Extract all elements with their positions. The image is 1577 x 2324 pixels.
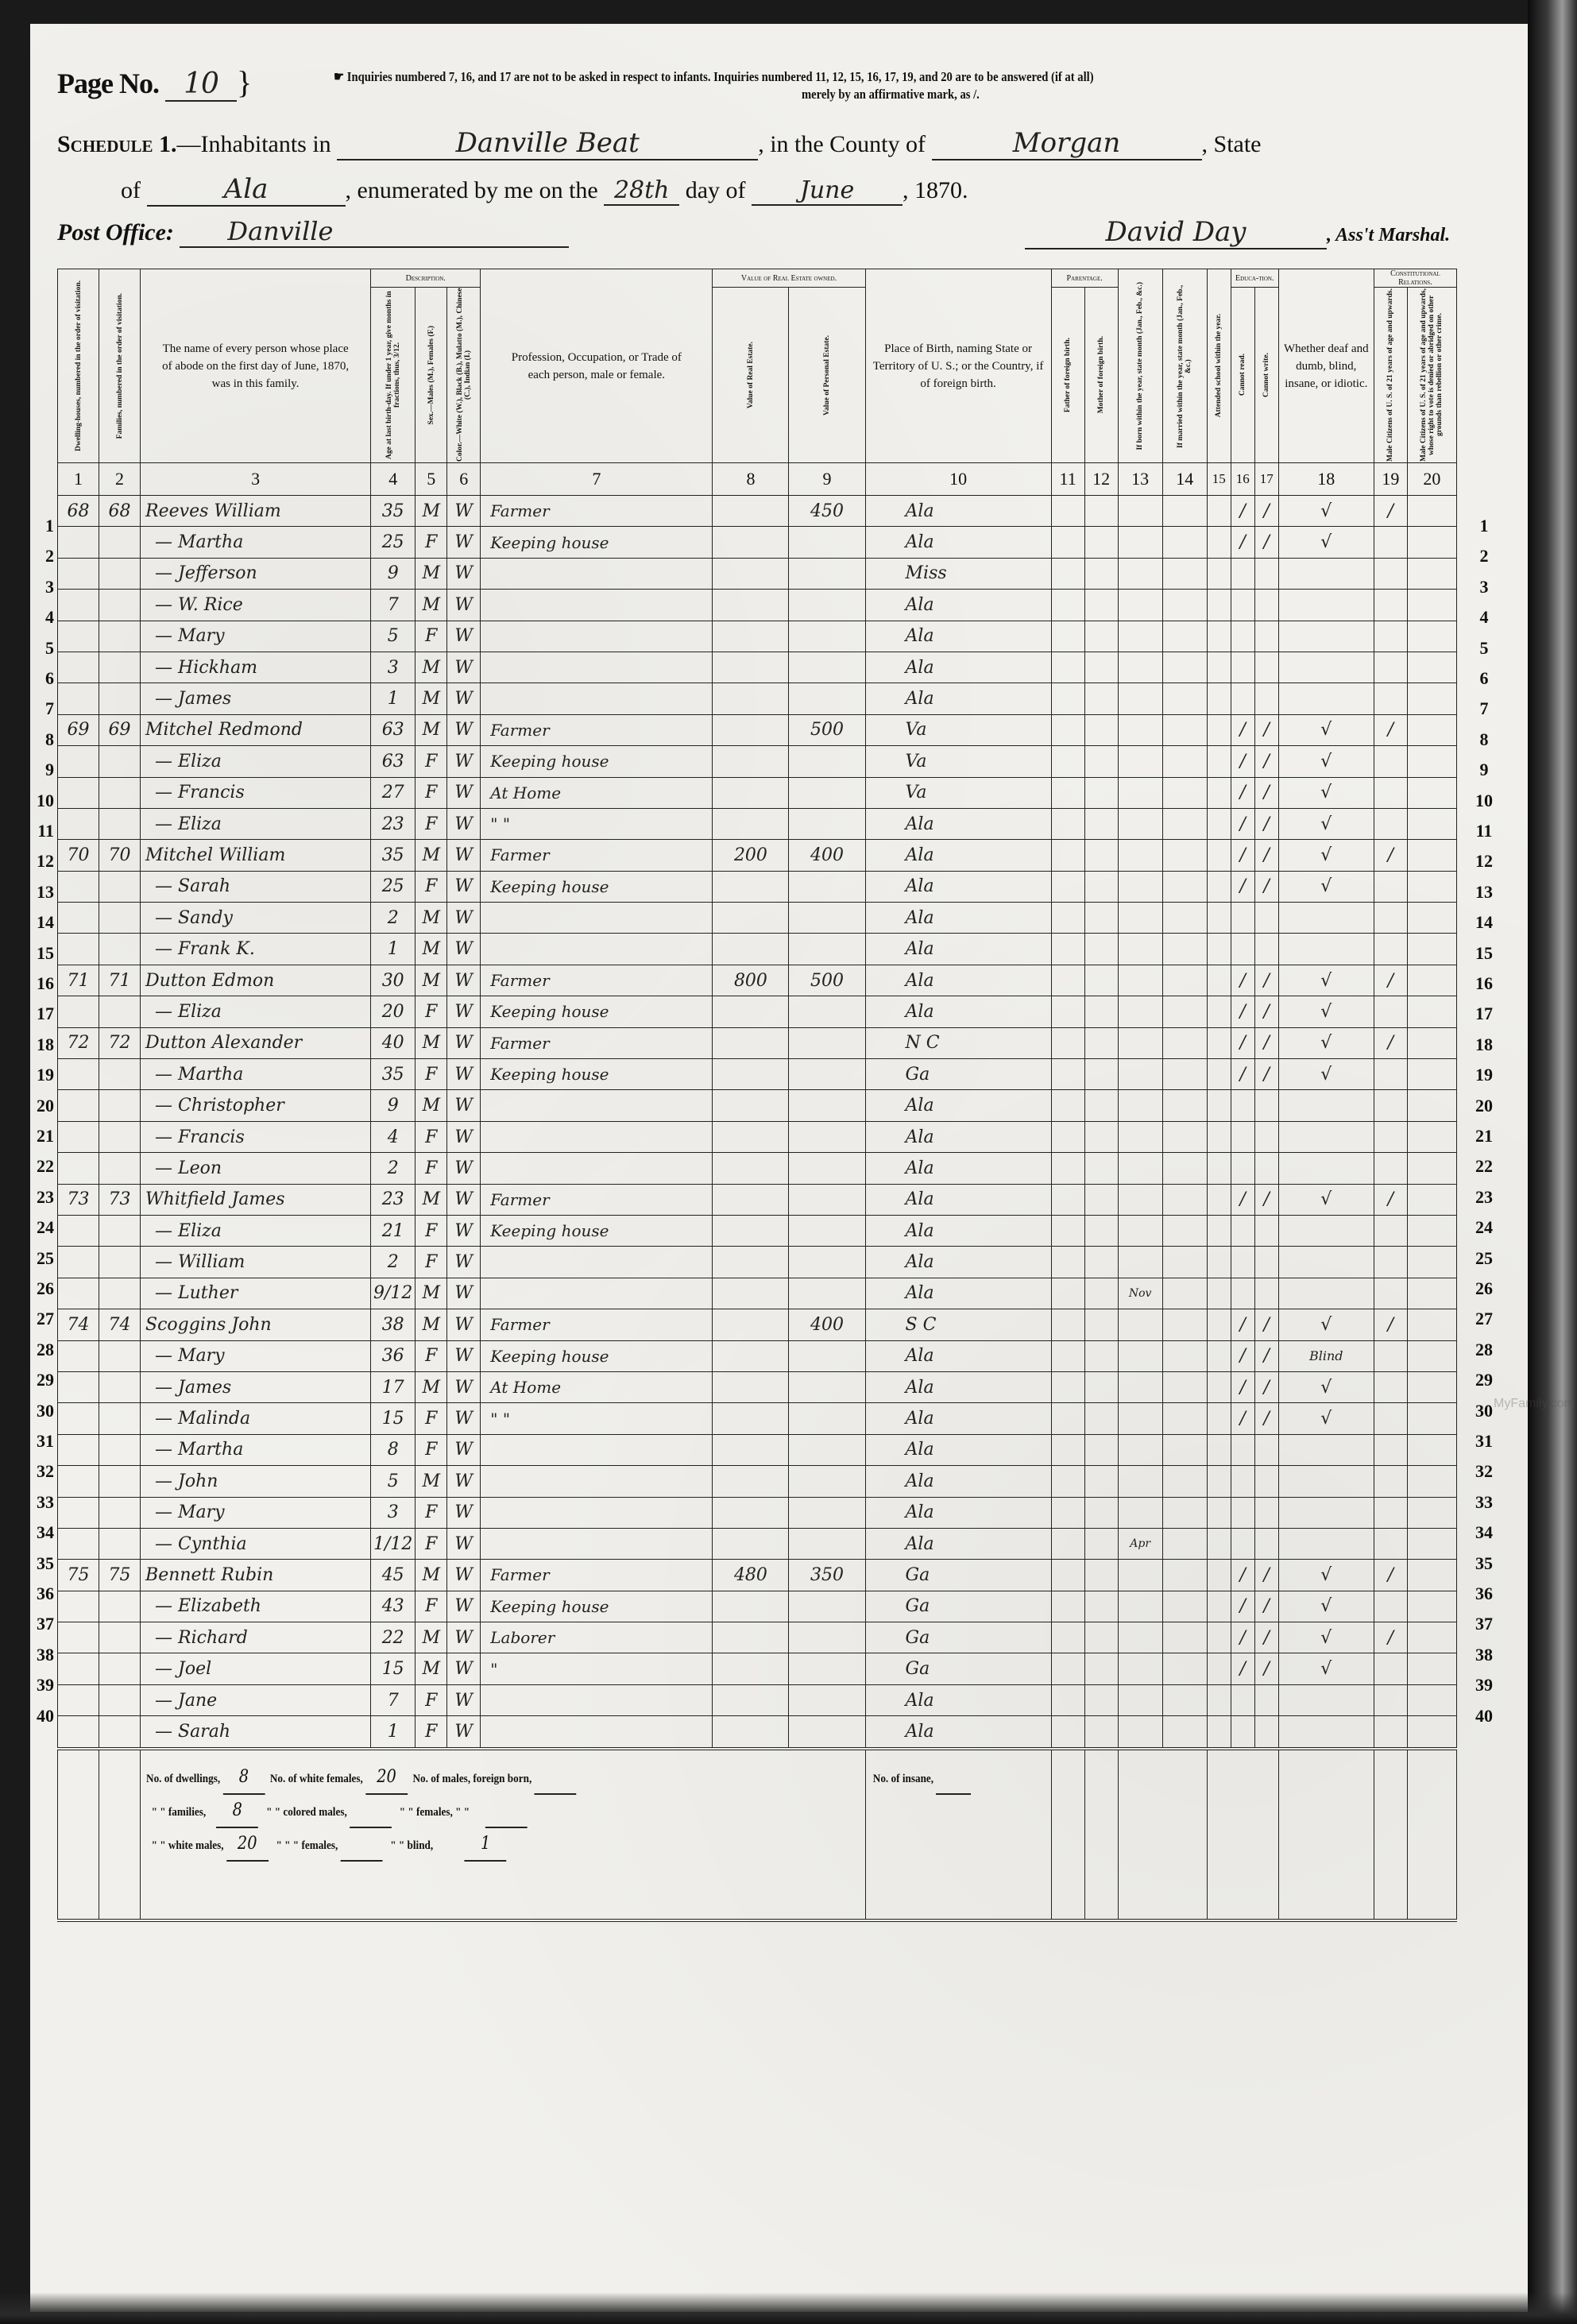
personal-estate-value-cell: 500 xyxy=(789,965,865,996)
occupation-cell xyxy=(481,558,713,589)
occupation-cell xyxy=(481,1153,713,1184)
vote-denied-cell xyxy=(1407,1528,1456,1559)
age-cell: 40 xyxy=(371,1027,416,1058)
vote-denied-cell xyxy=(1407,1403,1456,1434)
col-header-cannot-read: Cannot read. xyxy=(1231,288,1254,463)
married-month-cell xyxy=(1162,1027,1207,1058)
mother-foreign-cell xyxy=(1084,1184,1118,1215)
cannot-write-cell xyxy=(1254,1497,1278,1528)
mother-foreign-cell xyxy=(1084,1434,1118,1465)
color-cell: W xyxy=(447,683,481,714)
condition-cell: √ xyxy=(1278,840,1374,871)
male-citizen-cell xyxy=(1374,746,1407,777)
vote-denied-cell xyxy=(1407,1497,1456,1528)
cannot-write-cell xyxy=(1254,1684,1278,1715)
cannot-read-cell xyxy=(1231,1247,1254,1278)
line-number-right: 14 xyxy=(1468,912,1500,933)
cannot-write-cell: / xyxy=(1254,808,1278,839)
married-month-cell xyxy=(1162,1121,1207,1152)
male-citizen-cell xyxy=(1374,1340,1407,1371)
line-number-left: 4 xyxy=(33,607,54,628)
birthplace-cell: Ala xyxy=(865,871,1051,902)
male-citizen-cell xyxy=(1374,558,1407,589)
table-row: — Sarah25FWKeeping houseAla//√ xyxy=(58,871,1457,902)
cannot-read-cell xyxy=(1231,1121,1254,1152)
color-cell: W xyxy=(447,1153,481,1184)
born-month-cell xyxy=(1118,965,1162,996)
occupation-cell xyxy=(481,1528,713,1559)
personal-estate-value-cell xyxy=(789,1716,865,1749)
male-citizen-cell xyxy=(1374,683,1407,714)
male-citizen-cell: / xyxy=(1374,965,1407,996)
married-month-cell xyxy=(1162,714,1207,745)
line-number-right: 34 xyxy=(1468,1522,1500,1543)
vote-denied-cell xyxy=(1407,996,1456,1027)
personal-estate-value-cell xyxy=(789,1371,865,1402)
mother-foreign-cell xyxy=(1084,1153,1118,1184)
person-name-cell: Scoggins John xyxy=(141,1309,371,1340)
line-number-left: 18 xyxy=(33,1034,54,1055)
condition-cell xyxy=(1278,1121,1374,1152)
real-estate-value-cell xyxy=(713,1653,789,1684)
cannot-write-cell: / xyxy=(1254,871,1278,902)
condition-cell xyxy=(1278,1466,1374,1497)
table-row: — Elizabeth43FWKeeping houseGa//√ xyxy=(58,1591,1457,1622)
occupation-cell xyxy=(481,1716,713,1749)
married-month-cell xyxy=(1162,652,1207,683)
cannot-read-cell xyxy=(1231,1090,1254,1121)
family-number-cell: 75 xyxy=(99,1560,141,1591)
born-month-cell xyxy=(1118,996,1162,1027)
mother-foreign-cell xyxy=(1084,1090,1118,1121)
col-header-vote-denied: Male Citizens of U. S. of 21 years of ag… xyxy=(1407,288,1456,463)
dwelling-number-cell xyxy=(58,1591,99,1622)
col-header-school: Attended school within the year. xyxy=(1207,269,1231,463)
table-row: — Jefferson9MWMiss xyxy=(58,558,1457,589)
personal-estate-value-cell: 500 xyxy=(789,714,865,745)
mother-foreign-cell xyxy=(1084,652,1118,683)
attended-school-cell xyxy=(1207,1090,1231,1121)
birthplace-cell: Va xyxy=(865,746,1051,777)
condition-cell: √ xyxy=(1278,1591,1374,1622)
male-citizen-cell xyxy=(1374,1403,1407,1434)
age-cell: 23 xyxy=(371,1184,416,1215)
male-citizen-cell xyxy=(1374,903,1407,934)
person-name-cell: — Frank K. xyxy=(141,934,371,965)
summary-insane-cell: No. of insane, xyxy=(865,1749,1051,1920)
age-cell: 1/12 xyxy=(371,1528,416,1559)
cannot-read-cell xyxy=(1231,1684,1254,1715)
father-foreign-cell xyxy=(1051,1497,1084,1528)
post-office-label: Post Office: xyxy=(57,219,174,246)
male-citizen-cell xyxy=(1374,590,1407,621)
born-month-cell xyxy=(1118,777,1162,808)
male-citizen-cell xyxy=(1374,1466,1407,1497)
line-number-right: 11 xyxy=(1468,821,1500,841)
vote-denied-cell xyxy=(1407,808,1456,839)
condition-cell: √ xyxy=(1278,1403,1374,1434)
dwelling-number-cell xyxy=(58,1403,99,1434)
real-estate-value-cell xyxy=(713,1121,789,1152)
family-number-cell xyxy=(99,1403,141,1434)
sex-cell: M xyxy=(416,965,447,996)
condition-cell: √ xyxy=(1278,496,1374,527)
color-cell: W xyxy=(447,1059,481,1090)
cannot-write-cell: / xyxy=(1254,1622,1278,1653)
occupation-cell: Keeping house xyxy=(481,871,713,902)
cannot-write-cell xyxy=(1254,1466,1278,1497)
male-citizen-cell: / xyxy=(1374,1027,1407,1058)
married-month-cell xyxy=(1162,1497,1207,1528)
age-cell: 3 xyxy=(371,1497,416,1528)
family-number-cell xyxy=(99,590,141,621)
attended-school-cell xyxy=(1207,590,1231,621)
age-cell: 25 xyxy=(371,527,416,558)
occupation-cell xyxy=(481,1466,713,1497)
family-number-cell xyxy=(99,527,141,558)
age-cell: 1 xyxy=(371,683,416,714)
county-label: , in the County of xyxy=(758,131,926,157)
condition-cell xyxy=(1278,934,1374,965)
birthplace-cell: Va xyxy=(865,777,1051,808)
mother-foreign-cell xyxy=(1084,558,1118,589)
condition-cell: √ xyxy=(1278,1027,1374,1058)
male-citizen-cell xyxy=(1374,1121,1407,1152)
line-number-left: 30 xyxy=(33,1401,54,1421)
attended-school-cell xyxy=(1207,1153,1231,1184)
col-group-description: Description. xyxy=(371,269,481,288)
males-foreign-count xyxy=(535,1761,577,1795)
cannot-read-cell: / xyxy=(1231,1653,1254,1684)
age-cell: 9/12 xyxy=(371,1278,416,1309)
mother-foreign-cell xyxy=(1084,1528,1118,1559)
col-number: 5 xyxy=(416,463,447,496)
cannot-read-cell: / xyxy=(1231,1059,1254,1090)
col-header-male-citizen: Male Citizens of U. S. of 21 years of ag… xyxy=(1374,288,1407,463)
dwelling-number-cell xyxy=(58,1371,99,1402)
father-foreign-cell xyxy=(1051,1184,1084,1215)
birthplace-cell: Ala xyxy=(865,683,1051,714)
occupation-cell: Keeping house xyxy=(481,746,713,777)
family-number-cell: 73 xyxy=(99,1184,141,1215)
personal-estate-value-cell xyxy=(789,1027,865,1058)
vote-denied-cell xyxy=(1407,965,1456,996)
real-estate-value-cell xyxy=(713,652,789,683)
personal-estate-value-cell xyxy=(789,621,865,652)
personal-estate-value-cell xyxy=(789,808,865,839)
person-name-cell: — Christopher xyxy=(141,1090,371,1121)
notice-line-1: ☛ Inquiries numbered 7, 16, and 17 are n… xyxy=(334,69,1094,84)
birthplace-cell: Ala xyxy=(865,903,1051,934)
condition-cell xyxy=(1278,621,1374,652)
dwelling-number-cell xyxy=(58,1684,99,1715)
line-number-left: 31 xyxy=(33,1431,54,1452)
cannot-write-cell: / xyxy=(1254,1340,1278,1371)
father-foreign-cell xyxy=(1051,683,1084,714)
inhabitants-label: —Inhabitants in xyxy=(177,131,331,157)
male-citizen-cell xyxy=(1374,1153,1407,1184)
dwelling-number-cell xyxy=(58,683,99,714)
male-citizen-cell xyxy=(1374,1278,1407,1309)
born-month-cell xyxy=(1118,840,1162,871)
attended-school-cell xyxy=(1207,1466,1231,1497)
mother-foreign-cell xyxy=(1084,840,1118,871)
real-estate-value-cell xyxy=(713,590,789,621)
cannot-read-cell xyxy=(1231,1153,1254,1184)
real-estate-value-cell xyxy=(713,1059,789,1090)
male-citizen-cell xyxy=(1374,808,1407,839)
sex-cell: M xyxy=(416,1622,447,1653)
family-number-cell xyxy=(99,1215,141,1246)
col-header-cannot-write: Cannot write. xyxy=(1254,288,1278,463)
real-estate-value-cell xyxy=(713,808,789,839)
color-cell: W xyxy=(447,1121,481,1152)
condition-cell xyxy=(1278,1497,1374,1528)
schedule-line: Schedule 1.—Inhabitants in Danville Beat… xyxy=(57,127,1471,160)
line-number-left: 13 xyxy=(33,882,54,903)
col-number: 1 xyxy=(58,463,99,496)
father-foreign-cell xyxy=(1051,1059,1084,1090)
age-cell: 5 xyxy=(371,621,416,652)
line-number-left: 36 xyxy=(33,1583,54,1604)
col-number: 9 xyxy=(789,463,865,496)
father-foreign-cell xyxy=(1051,652,1084,683)
married-month-cell xyxy=(1162,746,1207,777)
dwellings-label: No. of dwellings, xyxy=(146,1773,220,1785)
color-cell: W xyxy=(447,527,481,558)
condition-cell: √ xyxy=(1278,871,1374,902)
occupation-cell xyxy=(481,621,713,652)
cannot-write-cell xyxy=(1254,1434,1278,1465)
families-count: 8 xyxy=(216,1795,258,1828)
col-header-family: Families, numbered in the order of visit… xyxy=(99,269,141,463)
cannot-write-cell xyxy=(1254,934,1278,965)
col-header-name: The name of every person whose place of … xyxy=(141,269,371,463)
state-name: Ala xyxy=(147,173,346,207)
schedule-label: Schedule 1. xyxy=(57,131,177,157)
father-foreign-cell xyxy=(1051,808,1084,839)
page-label: Page No. xyxy=(57,68,159,99)
attended-school-cell xyxy=(1207,1403,1231,1434)
page-number: 10 xyxy=(165,68,237,102)
attended-school-cell xyxy=(1207,1560,1231,1591)
dwelling-number-cell xyxy=(58,1121,99,1152)
married-month-cell xyxy=(1162,840,1207,871)
age-cell: 2 xyxy=(371,903,416,934)
birthplace-cell: S C xyxy=(865,1309,1051,1340)
attended-school-cell xyxy=(1207,1653,1231,1684)
condition-cell: √ xyxy=(1278,965,1374,996)
born-month-cell xyxy=(1118,871,1162,902)
cannot-write-cell: / xyxy=(1254,1371,1278,1402)
person-name-cell: — Eliza xyxy=(141,1215,371,1246)
personal-estate-value-cell xyxy=(789,1653,865,1684)
vote-denied-cell xyxy=(1407,1591,1456,1622)
cannot-write-cell: / xyxy=(1254,1309,1278,1340)
cannot-read-cell: / xyxy=(1231,1403,1254,1434)
condition-cell: Blind xyxy=(1278,1340,1374,1371)
mother-foreign-cell xyxy=(1084,590,1118,621)
person-name-cell: — Francis xyxy=(141,777,371,808)
col-number: 11 xyxy=(1051,463,1084,496)
mother-foreign-cell xyxy=(1084,1497,1118,1528)
family-number-cell: 69 xyxy=(99,714,141,745)
cannot-read-cell: / xyxy=(1231,1027,1254,1058)
table-row: — W. Rice7MWAla xyxy=(58,590,1457,621)
person-name-cell: — James xyxy=(141,683,371,714)
sex-cell: F xyxy=(416,1340,447,1371)
personal-estate-value-cell xyxy=(789,1591,865,1622)
born-month-cell xyxy=(1118,683,1162,714)
cannot-read-cell xyxy=(1231,1716,1254,1749)
condition-cell xyxy=(1278,1153,1374,1184)
table-row: — Malinda15FW" "Ala//√ xyxy=(58,1403,1457,1434)
male-citizen-cell xyxy=(1374,934,1407,965)
father-foreign-cell xyxy=(1051,621,1084,652)
line-number-right: 25 xyxy=(1468,1248,1500,1269)
male-citizen-cell xyxy=(1374,1371,1407,1402)
col-number: 19 xyxy=(1374,463,1407,496)
enumeration-year: , 1870. xyxy=(903,177,968,203)
colored-females-count xyxy=(341,1828,383,1862)
age-cell: 36 xyxy=(371,1340,416,1371)
vote-denied-cell xyxy=(1407,558,1456,589)
father-foreign-cell xyxy=(1051,714,1084,745)
cannot-read-cell xyxy=(1231,934,1254,965)
sex-cell: M xyxy=(416,1653,447,1684)
real-estate-value-cell xyxy=(713,1215,789,1246)
personal-estate-value-cell xyxy=(789,934,865,965)
married-month-cell xyxy=(1162,1403,1207,1434)
dwelling-number-cell xyxy=(58,903,99,934)
cannot-read-cell xyxy=(1231,1434,1254,1465)
person-name-cell: — Martha xyxy=(141,1434,371,1465)
color-cell: W xyxy=(447,808,481,839)
birthplace-cell: Ala xyxy=(865,1371,1051,1402)
sex-cell: M xyxy=(416,934,447,965)
male-citizen-cell xyxy=(1374,527,1407,558)
father-foreign-cell xyxy=(1051,1560,1084,1591)
birthplace-cell: Ga xyxy=(865,1059,1051,1090)
color-cell: W xyxy=(447,652,481,683)
person-name-cell: — John xyxy=(141,1466,371,1497)
occupation-cell: Farmer xyxy=(481,496,713,527)
father-foreign-cell xyxy=(1051,1591,1084,1622)
vote-denied-cell xyxy=(1407,1059,1456,1090)
mother-foreign-cell xyxy=(1084,934,1118,965)
color-cell: W xyxy=(447,590,481,621)
condition-cell: √ xyxy=(1278,996,1374,1027)
personal-estate-value-cell xyxy=(789,903,865,934)
color-cell: W xyxy=(447,1560,481,1591)
cannot-read-cell xyxy=(1231,652,1254,683)
table-row: — Sandy2MWAla xyxy=(58,903,1457,934)
condition-cell: √ xyxy=(1278,1184,1374,1215)
family-number-cell: 74 xyxy=(99,1309,141,1340)
line-number-right: 40 xyxy=(1468,1706,1500,1727)
father-foreign-cell xyxy=(1051,1434,1084,1465)
cannot-read-cell xyxy=(1231,1497,1254,1528)
mother-foreign-cell xyxy=(1084,1716,1118,1749)
line-number-left: 11 xyxy=(33,821,54,841)
enumeration-month: June xyxy=(752,176,903,206)
personal-estate-value-cell xyxy=(789,590,865,621)
mother-foreign-cell xyxy=(1084,683,1118,714)
line-number-left: 17 xyxy=(33,1003,54,1024)
marshal-signature: David Day xyxy=(1025,216,1327,249)
family-number-cell xyxy=(99,1090,141,1121)
personal-estate-value-cell xyxy=(789,1153,865,1184)
born-month-cell xyxy=(1118,558,1162,589)
occupation-cell: Farmer xyxy=(481,1027,713,1058)
white-males-count: 20 xyxy=(226,1828,269,1862)
vote-denied-cell xyxy=(1407,1371,1456,1402)
attended-school-cell xyxy=(1207,1528,1231,1559)
personal-estate-value-cell xyxy=(789,558,865,589)
dwelling-number-cell xyxy=(58,934,99,965)
male-citizen-cell xyxy=(1374,996,1407,1027)
age-cell: 35 xyxy=(371,840,416,871)
cannot-read-cell: / xyxy=(1231,871,1254,902)
personal-estate-value-cell xyxy=(789,1466,865,1497)
birthplace-cell: Ala xyxy=(865,1215,1051,1246)
table-row: — William2FWAla xyxy=(58,1247,1457,1278)
birthplace-cell: Ala xyxy=(865,1403,1051,1434)
real-estate-value-cell xyxy=(713,1278,789,1309)
line-number-right: 32 xyxy=(1468,1461,1500,1482)
cannot-write-cell xyxy=(1254,621,1278,652)
family-number-cell xyxy=(99,1497,141,1528)
age-cell: 63 xyxy=(371,714,416,745)
age-cell: 9 xyxy=(371,1090,416,1121)
real-estate-value-cell xyxy=(713,1716,789,1749)
occupation-cell xyxy=(481,1247,713,1278)
color-cell: W xyxy=(447,1466,481,1497)
line-number-left: 3 xyxy=(33,577,54,597)
father-foreign-cell xyxy=(1051,746,1084,777)
real-estate-value-cell xyxy=(713,621,789,652)
sex-cell: F xyxy=(416,1684,447,1715)
person-name-cell: — Cynthia xyxy=(141,1528,371,1559)
table-row: — Eliza63FWKeeping houseVa//√ xyxy=(58,746,1457,777)
line-number-left: 34 xyxy=(33,1522,54,1543)
notice-line-2: merely by an affirmative mark, as /. xyxy=(334,86,1311,103)
col-number: 8 xyxy=(713,463,789,496)
father-foreign-cell xyxy=(1051,590,1084,621)
family-number-cell xyxy=(99,1716,141,1749)
birthplace-cell: Ga xyxy=(865,1653,1051,1684)
dwelling-number-cell xyxy=(58,558,99,589)
cannot-read-cell: / xyxy=(1231,1622,1254,1653)
line-number-left: 24 xyxy=(33,1217,54,1238)
attended-school-cell xyxy=(1207,714,1231,745)
line-number-left: 20 xyxy=(33,1096,54,1116)
cannot-read-cell: / xyxy=(1231,1371,1254,1402)
cannot-write-cell xyxy=(1254,1278,1278,1309)
condition-cell xyxy=(1278,652,1374,683)
person-name-cell: — Mary xyxy=(141,1497,371,1528)
cannot-write-cell xyxy=(1254,1716,1278,1749)
occupation-cell: At Home xyxy=(481,777,713,808)
father-foreign-cell xyxy=(1051,1027,1084,1058)
attended-school-cell xyxy=(1207,1622,1231,1653)
real-estate-value-cell xyxy=(713,1309,789,1340)
birthplace-cell: Ala xyxy=(865,965,1051,996)
cannot-write-cell: / xyxy=(1254,1027,1278,1058)
attended-school-cell xyxy=(1207,1215,1231,1246)
person-name-cell: — Sarah xyxy=(141,1716,371,1749)
condition-cell xyxy=(1278,1528,1374,1559)
